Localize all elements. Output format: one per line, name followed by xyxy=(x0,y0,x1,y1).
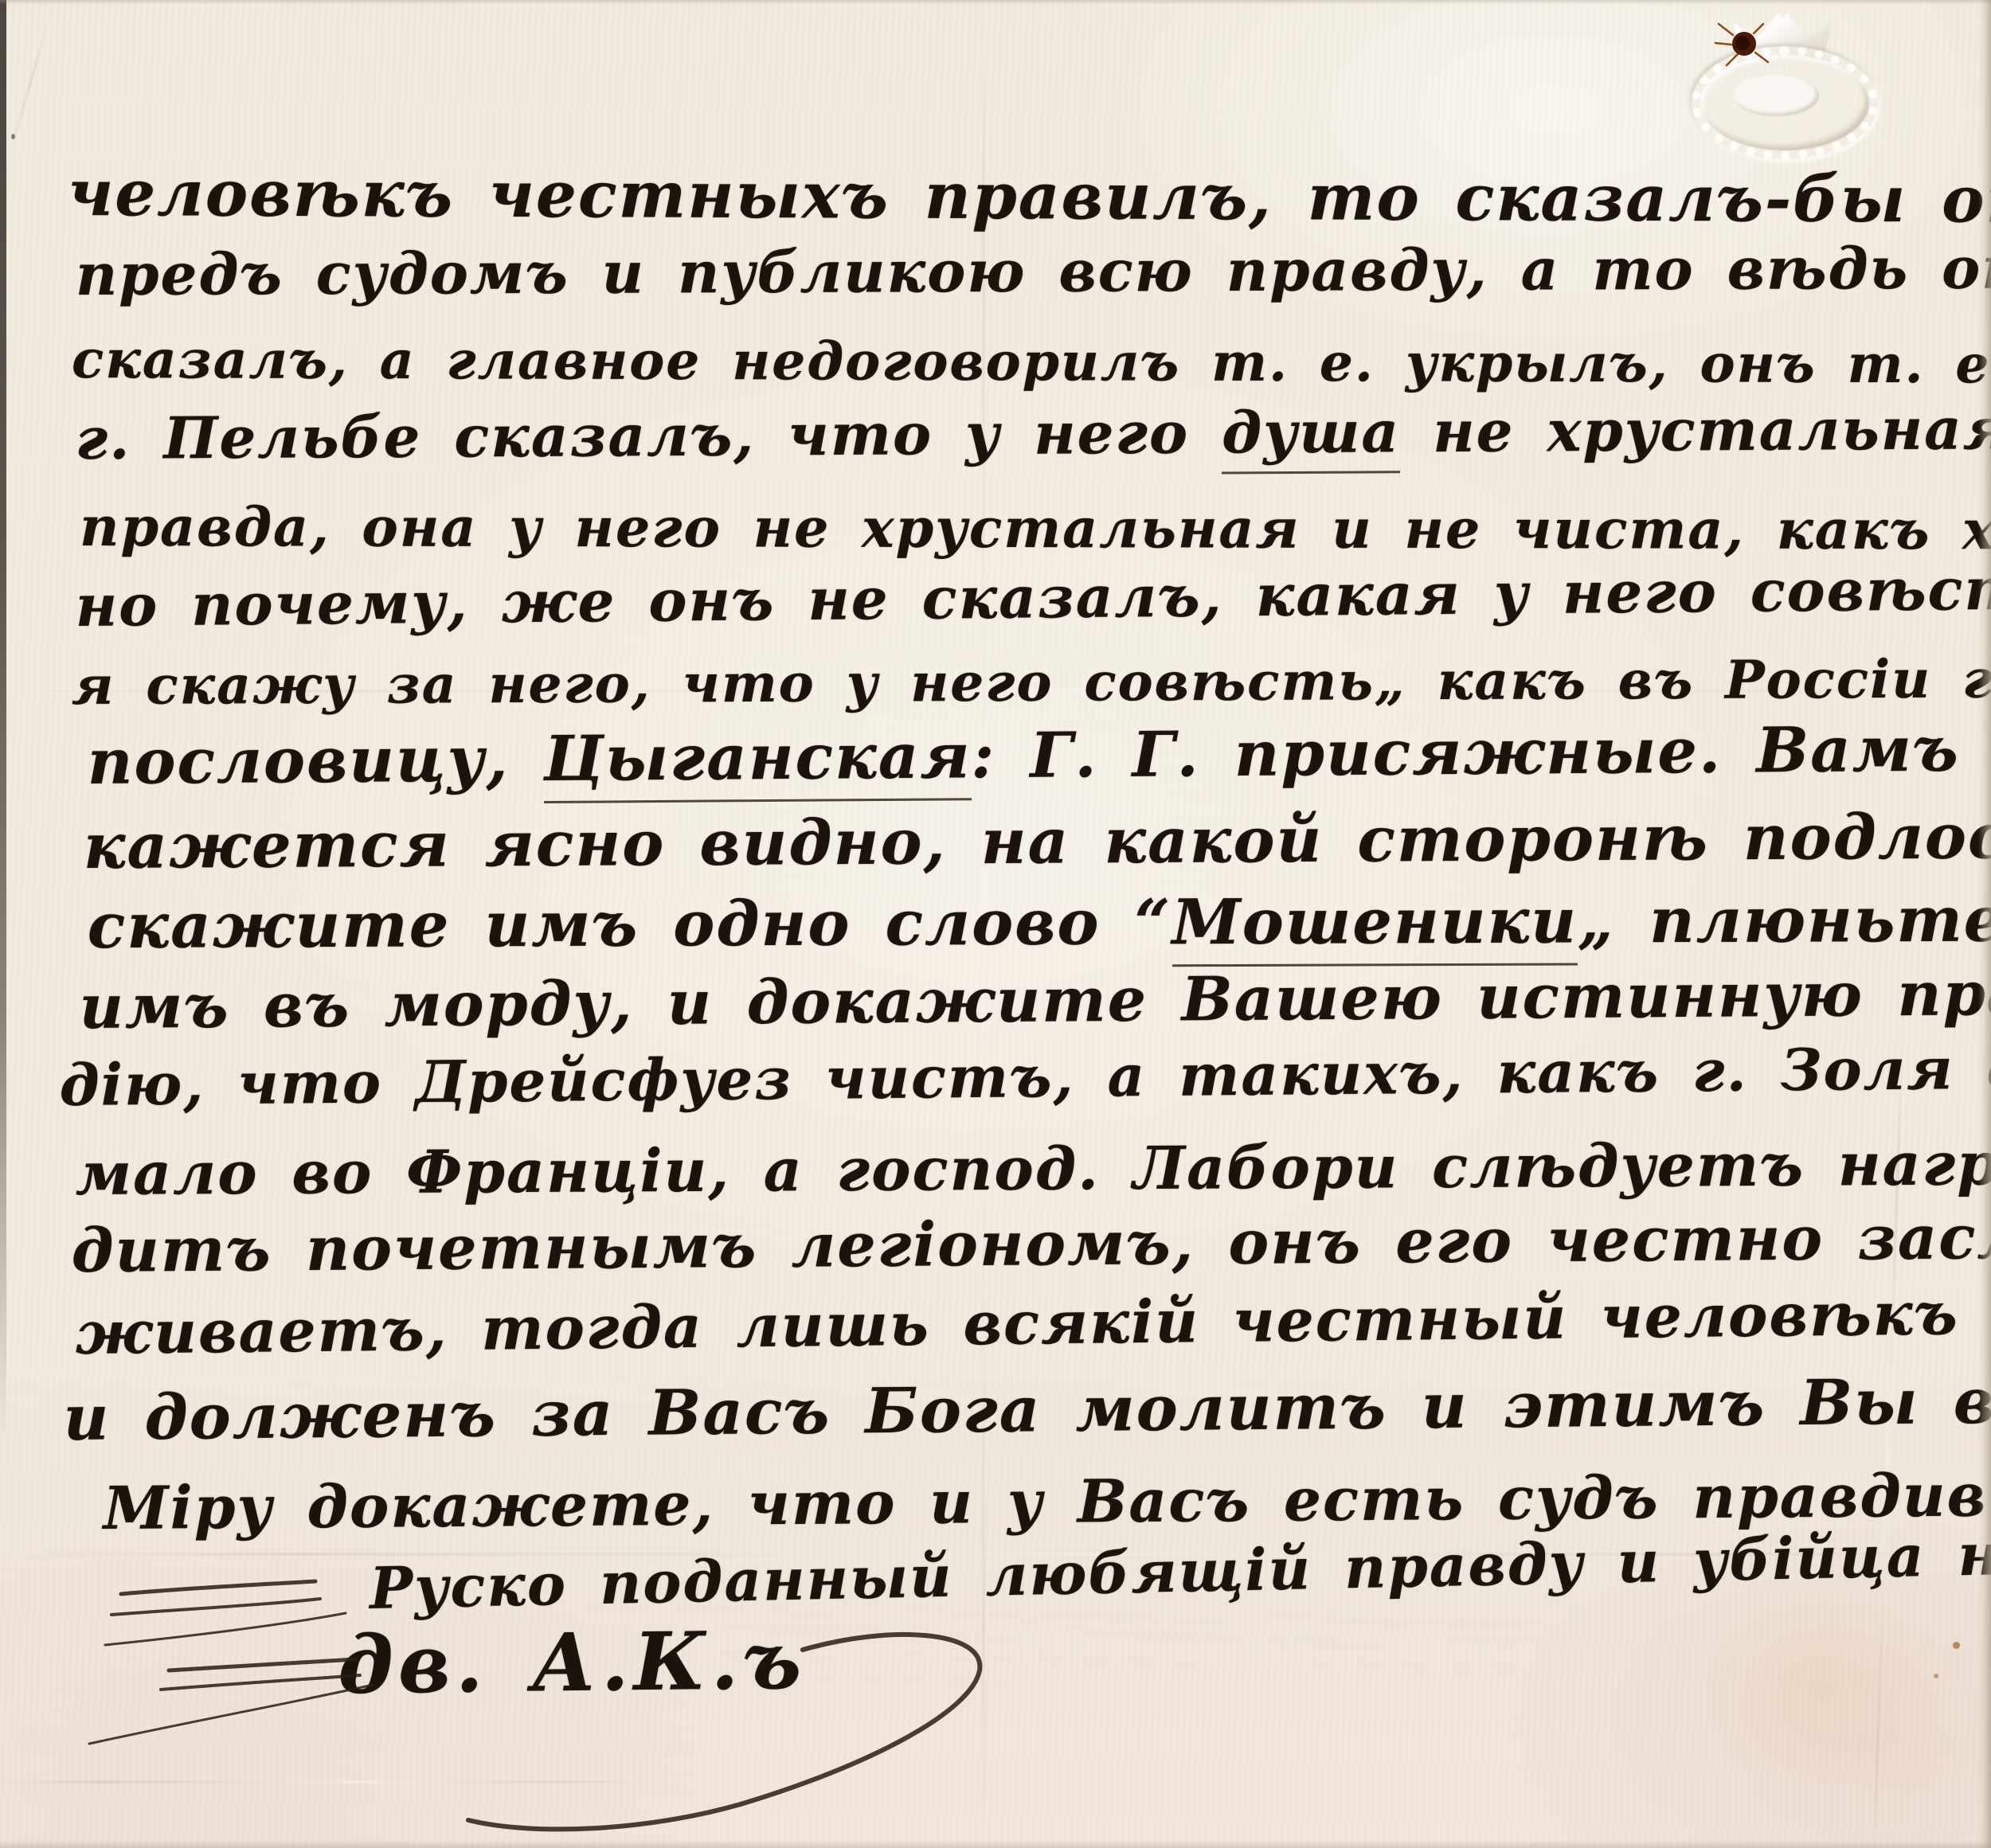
letter-line-9: кажется ясно видно, на какой сторонѣ под… xyxy=(84,799,1991,883)
letter-line-16: и долженъ за Васъ Бога молитъ и этимъ Вы… xyxy=(63,1364,1991,1455)
paper-edge-top xyxy=(0,0,1991,5)
letter-page: человѣкъ честныхъ правилъ, то сказалъ-бы… xyxy=(0,0,1991,1848)
underlined-word: душа xyxy=(1222,397,1400,474)
letter-line-8: пословицу, Цыганская: Г. Г. присяжные. В… xyxy=(87,712,1991,799)
letter-line-12: дію, что Дрейсфуез чистъ, а такихъ, какъ… xyxy=(59,1033,1991,1119)
letter-line-13: мало во Франціи, а господ. Лабори слѣдуе… xyxy=(76,1130,1991,1209)
scan-edge-left xyxy=(0,0,6,1848)
letter-line-11: имъ въ морду, и докажите Вашею истинную … xyxy=(79,956,1991,1042)
letter-line-7: я скажу за него, что у него совѣсть„ как… xyxy=(72,647,1991,717)
letter-line-4: г. Пельбе сказалъ, что у него душа не хр… xyxy=(76,393,1991,472)
letter-line-5: правда, она у него не хрустальная и не ч… xyxy=(80,495,1991,563)
letter-line-10: скажите имъ одно слово “Мошеники„ плюньт… xyxy=(88,884,1991,963)
letter-body: человѣкъ честныхъ правилъ, то сказалъ-бы… xyxy=(0,0,1991,1848)
letter-line-2: предъ судомъ и публикою всю правду, а то… xyxy=(76,232,1991,308)
letter-line-14: дитъ почетнымъ легіономъ, онъ его честно… xyxy=(71,1201,1991,1286)
letter-line-15: живаетъ, тогда лишь всякій честный челов… xyxy=(75,1276,1991,1368)
letter-line-6: но почему, же онъ не сказалъ, какая у не… xyxy=(75,553,1991,639)
paper-edge-bottom xyxy=(0,1840,1991,1848)
letter-line-1: человѣкъ честныхъ правилъ, то сказалъ-бы… xyxy=(68,155,1991,237)
paper-deckle-edge-right xyxy=(1978,0,1991,1848)
signature-line-2: дв. А.К.ъ xyxy=(338,1613,807,1712)
underlined-word: Мошеники xyxy=(1172,885,1578,967)
underlined-word: Цыганская xyxy=(543,720,972,803)
letter-line-3: сказалъ, а главное недоговорилъ т. е. ук… xyxy=(72,328,1991,396)
